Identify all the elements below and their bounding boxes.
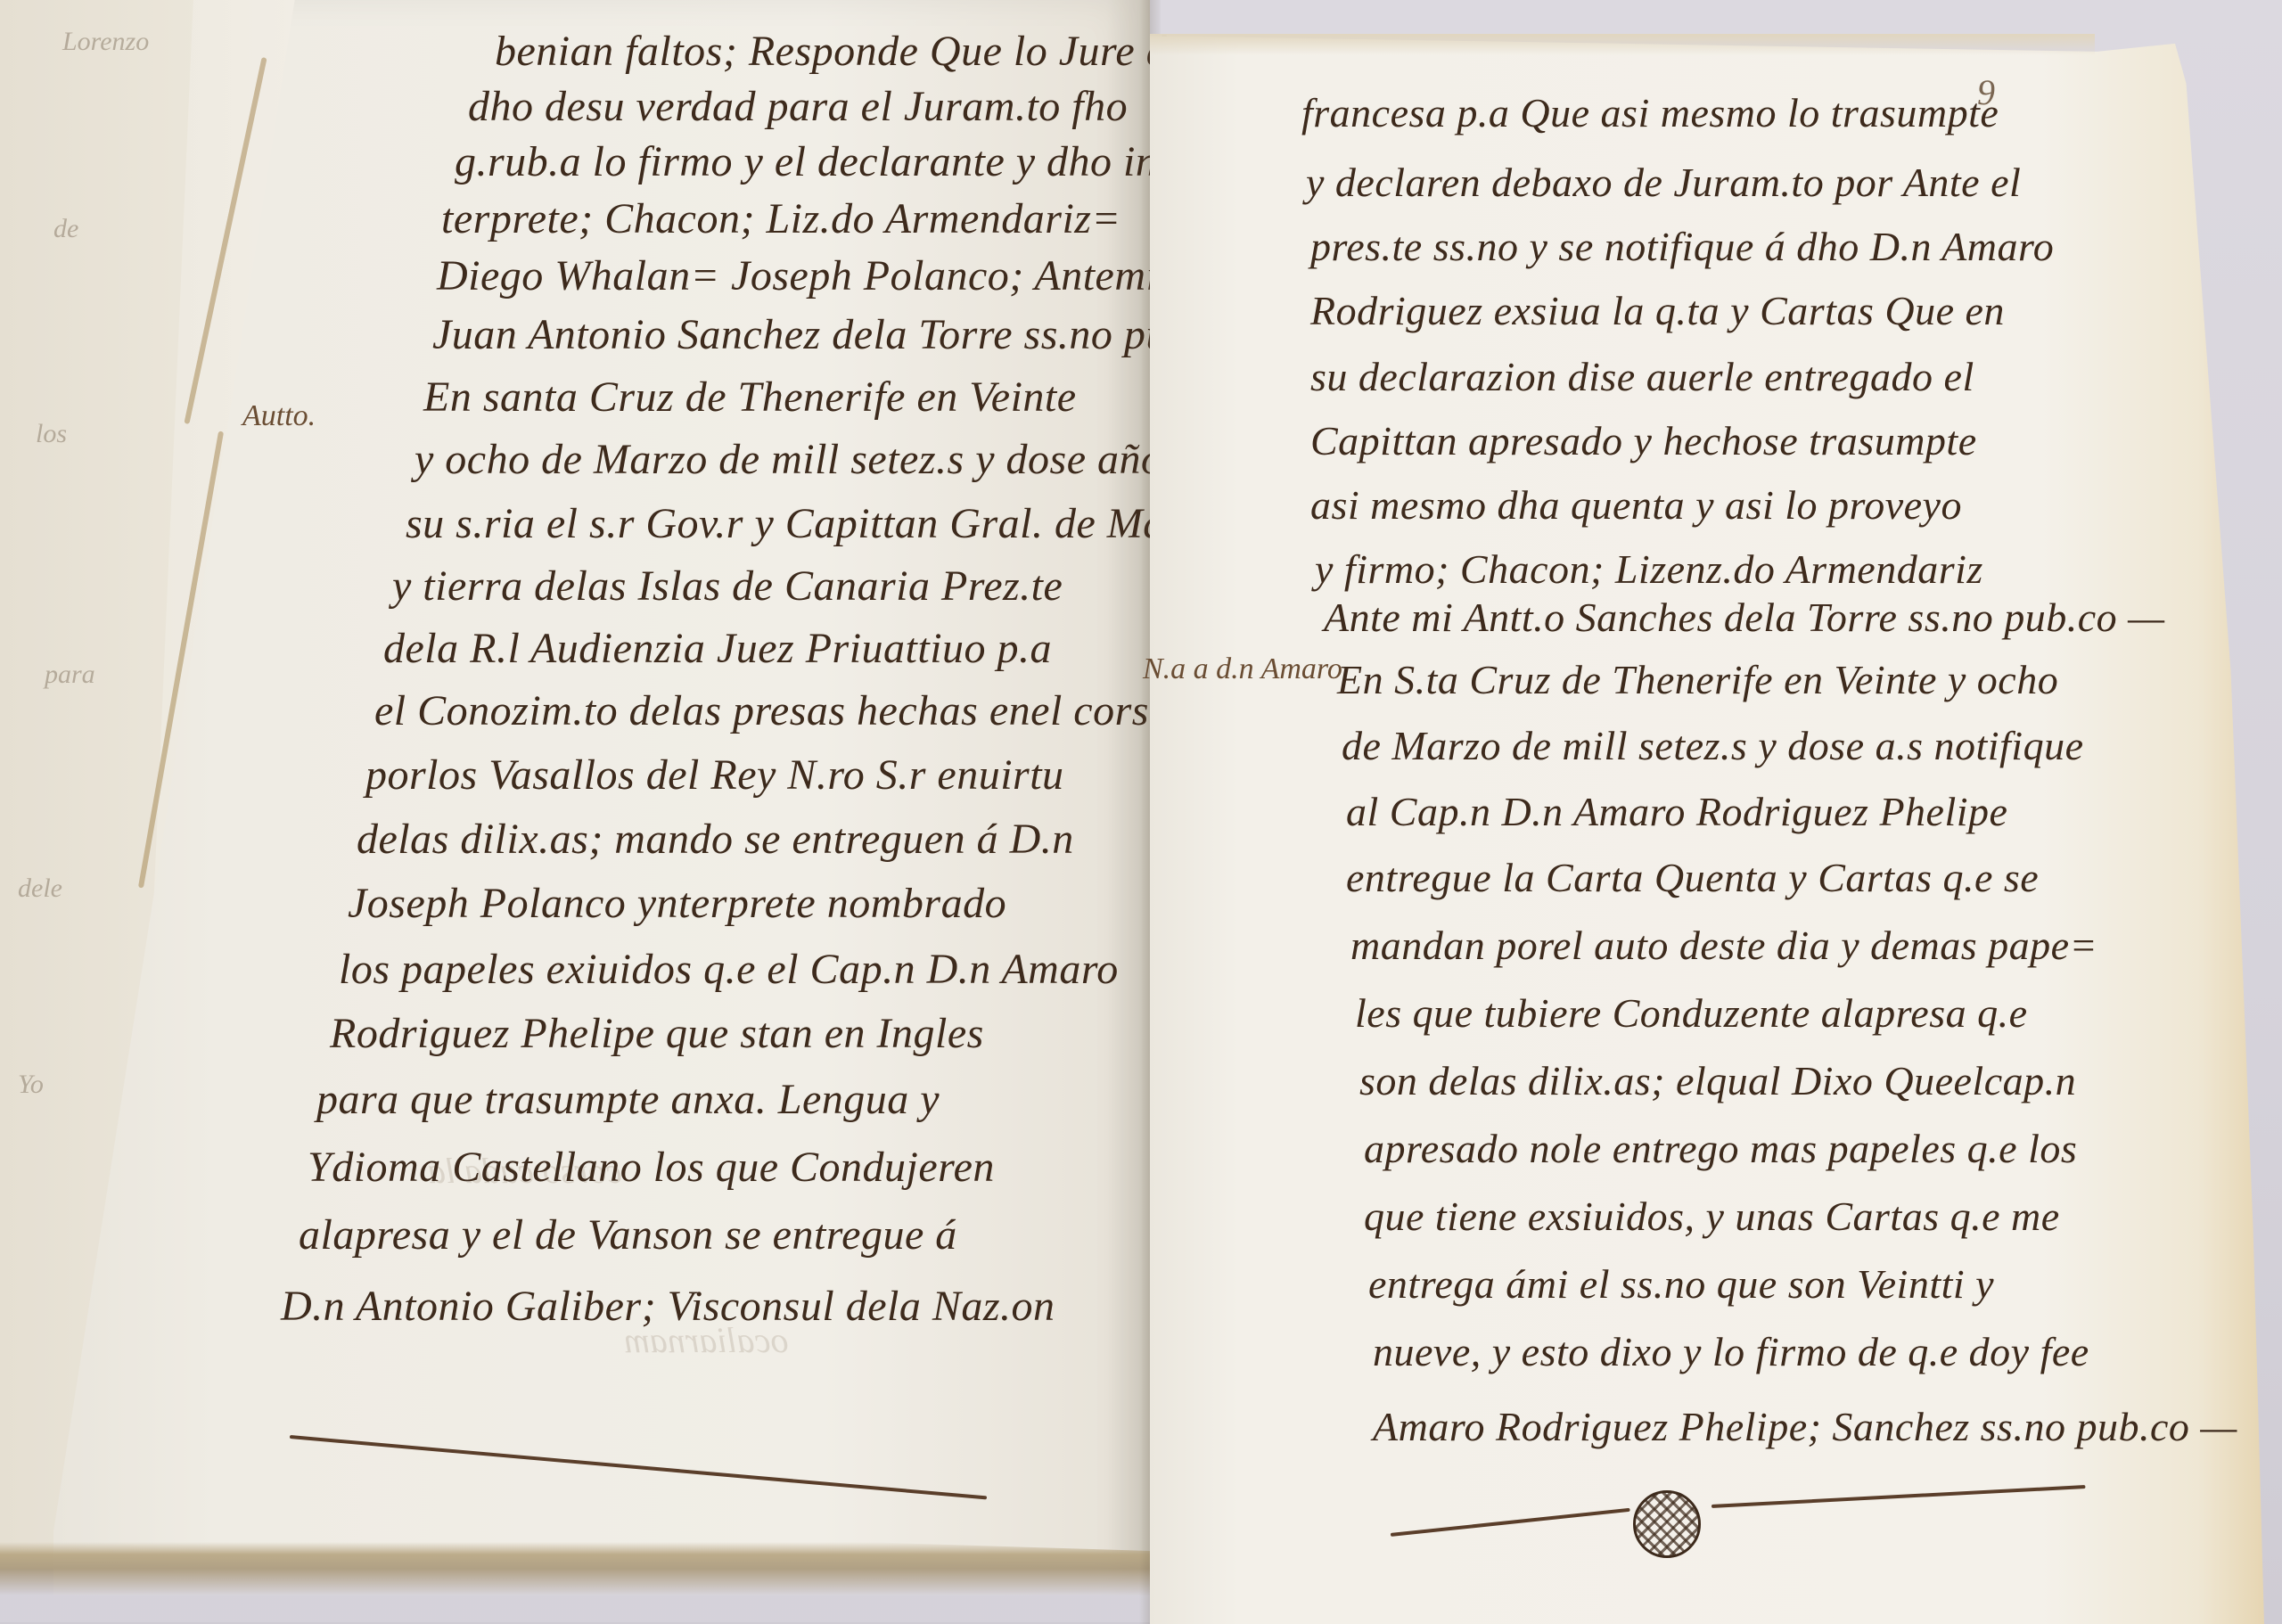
underlying-text-fragment: dele xyxy=(18,874,62,904)
text-line: Diego Whalan= Joseph Polanco; Antemi xyxy=(437,251,1158,300)
underlying-text-fragment: Lorenzo xyxy=(62,27,149,57)
text-line: su s.ria el s.r Gov.r y Capittan Gral. d… xyxy=(406,499,1182,548)
text-line: al Cap.n D.n Amaro Rodriguez Phelipe xyxy=(1346,788,2007,835)
text-line: porlos Vasallos del Rey N.ro S.r enuirtu xyxy=(365,750,1064,800)
text-line: Juan Antonio Sanchez dela Torre ss.no pu… xyxy=(432,310,1242,359)
margin-note-notificacion: N.a a d.n Amaro xyxy=(1143,652,1342,686)
text-line: entregue la Carta Quenta y Cartas q.e se xyxy=(1346,854,2039,901)
text-line: benian faltos; Responde Que lo Jure á xyxy=(495,27,1168,76)
text-line: Rodriguez Phelipe que stan en Ingles xyxy=(330,1009,984,1058)
text-line: Joseph Polanco ynterprete nombrado xyxy=(348,879,1006,928)
margin-note-autto: Autto. xyxy=(242,399,316,433)
text-line: Capittan apresado y hechose trasumpte xyxy=(1310,417,1977,464)
text-line: y declaren debaxo de Juram.to por Ante e… xyxy=(1306,159,2021,206)
text-line: y tierra delas Islas de Canaria Prez.te xyxy=(392,562,1063,611)
text-line: pres.te ss.no y se notifique á dho D.n A… xyxy=(1310,223,2054,270)
underlying-text-fragment: los xyxy=(36,419,67,449)
text-line: delas dilix.as; mando se entreguen á D.n xyxy=(357,815,1074,864)
right-page-top-edge xyxy=(1150,34,2095,55)
text-line: y firmo; Chacon; Lizenz.do Armendariz xyxy=(1315,545,1983,593)
text-line: alapresa y el de Vanson se entregue á xyxy=(299,1210,957,1259)
text-line: les que tubiere Conduzente alapresa q.e xyxy=(1355,989,2028,1037)
text-line: Amaro Rodriguez Phelipe; Sanchez ss.no p… xyxy=(1373,1403,2237,1450)
text-line: mandan porel auto deste dia y demas pape… xyxy=(1350,922,2097,969)
text-line: de Marzo de mill setez.s y dose a.s noti… xyxy=(1342,722,2084,769)
text-line: terprete; Chacon; Liz.do Armendariz= xyxy=(441,194,1120,243)
text-line: D.n Antonio Galiber; Visconsul dela Naz.… xyxy=(281,1282,1055,1331)
manuscript-photo: Lorenzo de los para dele Yo corso cada l… xyxy=(0,0,2282,1624)
text-line: En S.ta Cruz de Thenerife en Veinte y oc… xyxy=(1337,656,2058,703)
text-line: y ocho de Marzo de mill setez.s y dose a… xyxy=(415,435,1180,484)
text-line: Rodriguez exsiua la q.ta y Cartas Que en xyxy=(1310,287,2005,334)
notary-rubric-icon xyxy=(1633,1490,1701,1558)
text-line: son delas dilix.as; elqual Dixo Queelcap… xyxy=(1359,1057,2076,1104)
text-line: su declarazion dise auerle entregado el xyxy=(1310,353,1974,400)
text-line: Ante mi Antt.o Sanches dela Torre ss.no … xyxy=(1324,594,2165,641)
underlying-text-fragment: de xyxy=(53,214,78,244)
underlying-text-fragment: para xyxy=(45,660,95,690)
text-line: dho desu verdad para el Juram.to fho xyxy=(468,82,1128,131)
text-line: En santa Cruz de Thenerife en Veinte xyxy=(423,373,1077,422)
text-line: para que trasumpte anxa. Lengua y xyxy=(316,1075,940,1124)
text-line: nueve, y esto dixo y lo firmo de q.e doy… xyxy=(1373,1328,2089,1375)
text-line: el Conozim.to delas presas hechas enel c… xyxy=(374,686,1170,735)
underlying-text-fragment: Yo xyxy=(18,1070,44,1100)
text-line: dela R.l Audienzia Juez Priuattiuo p.a xyxy=(383,624,1052,673)
text-line: los papeles exiuidos q.e el Cap.n D.n Am… xyxy=(339,945,1119,994)
text-line: apresado nole entrego mas papeles q.e lo… xyxy=(1364,1125,2077,1172)
text-line: asi mesmo dha quenta y asi lo proveyo xyxy=(1310,481,1962,529)
text-line: francesa p.a Que asi mesmo lo trasumpte xyxy=(1301,89,1999,136)
text-line: que tiene exsiuidos, y unas Cartas q.e m… xyxy=(1364,1193,2060,1240)
text-line: entrega ámi el ss.no que son Veintti y xyxy=(1368,1260,1994,1308)
text-line: Ydioma Castellano los que Condujeren xyxy=(308,1143,995,1192)
text-line: g.rub.a lo firmo y el declarante y dho i… xyxy=(455,137,1186,186)
